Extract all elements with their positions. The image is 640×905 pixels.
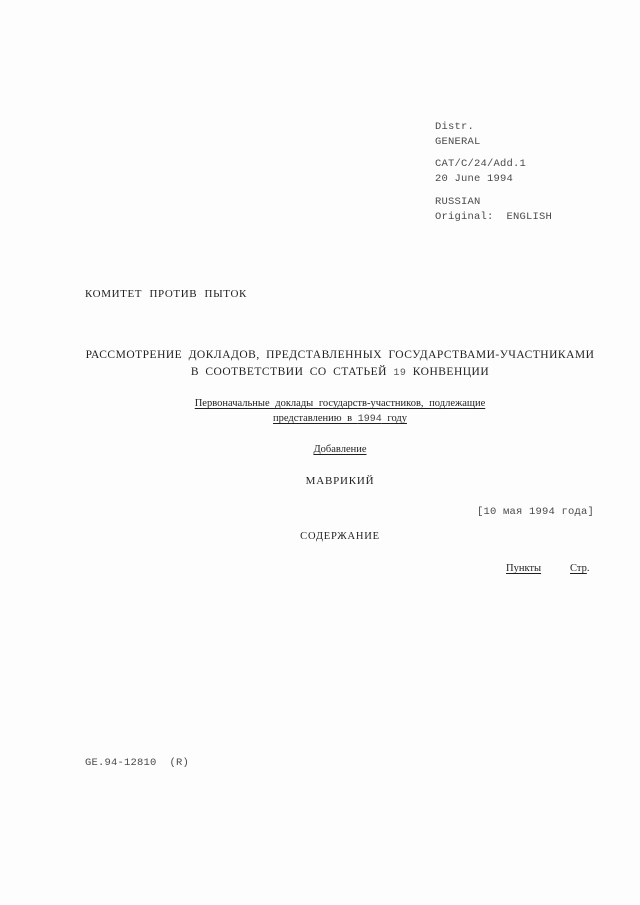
report-date: [10 мая 1994 года] xyxy=(477,506,594,518)
subtitle-line-2-end: году xyxy=(382,413,407,424)
document-title-line-2: В СООТВЕТСТВИИ СО СТАТЬЕЙ 19 КОНВЕНЦИИ xyxy=(0,366,640,379)
contents-heading: СОДЕРЖАНИЕ xyxy=(0,531,640,542)
title-line-2-start: В СООТВЕТСТВИИ СО СТАТЬЕЙ xyxy=(191,366,394,378)
document-date: 20 June 1994 xyxy=(435,172,526,187)
addendum-label: Добавление xyxy=(0,444,640,455)
subtitle-line-1-text: Первоначальные доклады государств-участн… xyxy=(195,398,486,409)
subtitle-year: 1994 xyxy=(358,414,382,425)
column-header-paragraphs: Пункты xyxy=(506,563,541,574)
language-block: RUSSIAN Original: ENGLISH xyxy=(435,195,552,225)
country-name: МАВРИКИЙ xyxy=(0,475,640,487)
page-label-suffix: . xyxy=(587,563,590,574)
column-header-page: Стр. xyxy=(570,563,589,574)
page-label: Стр xyxy=(570,563,587,574)
committee-name: КОМИТЕТ ПРОТИВ ПЫТОК xyxy=(85,288,247,300)
addendum-text: Добавление xyxy=(313,444,366,455)
distribution-block: Distr. GENERAL xyxy=(435,120,481,150)
document-title-line-1: РАССМОТРЕНИЕ ДОКЛАДОВ, ПРЕДСТАВЛЕННЫХ ГО… xyxy=(0,349,640,361)
paragraphs-label: Пункты xyxy=(506,563,541,574)
document-symbol-block: CAT/C/24/Add.1 20 June 1994 xyxy=(435,157,526,187)
subtitle-line-1: Первоначальные доклады государств-участн… xyxy=(0,398,640,409)
original-language: Original: ENGLISH xyxy=(435,210,552,225)
document-language: RUSSIAN xyxy=(435,195,552,210)
distribution-label: Distr. xyxy=(435,120,481,135)
article-number: 19 xyxy=(393,368,406,379)
subtitle-line-2: представлению в 1994 году xyxy=(0,413,640,425)
subtitle-line-2-start: представлению в xyxy=(273,413,358,424)
document-code: GE.94-12810 (R) xyxy=(85,757,189,769)
document-symbol: CAT/C/24/Add.1 xyxy=(435,157,526,172)
distribution-value: GENERAL xyxy=(435,135,481,150)
title-line-2-end: КОНВЕНЦИИ xyxy=(406,366,489,378)
